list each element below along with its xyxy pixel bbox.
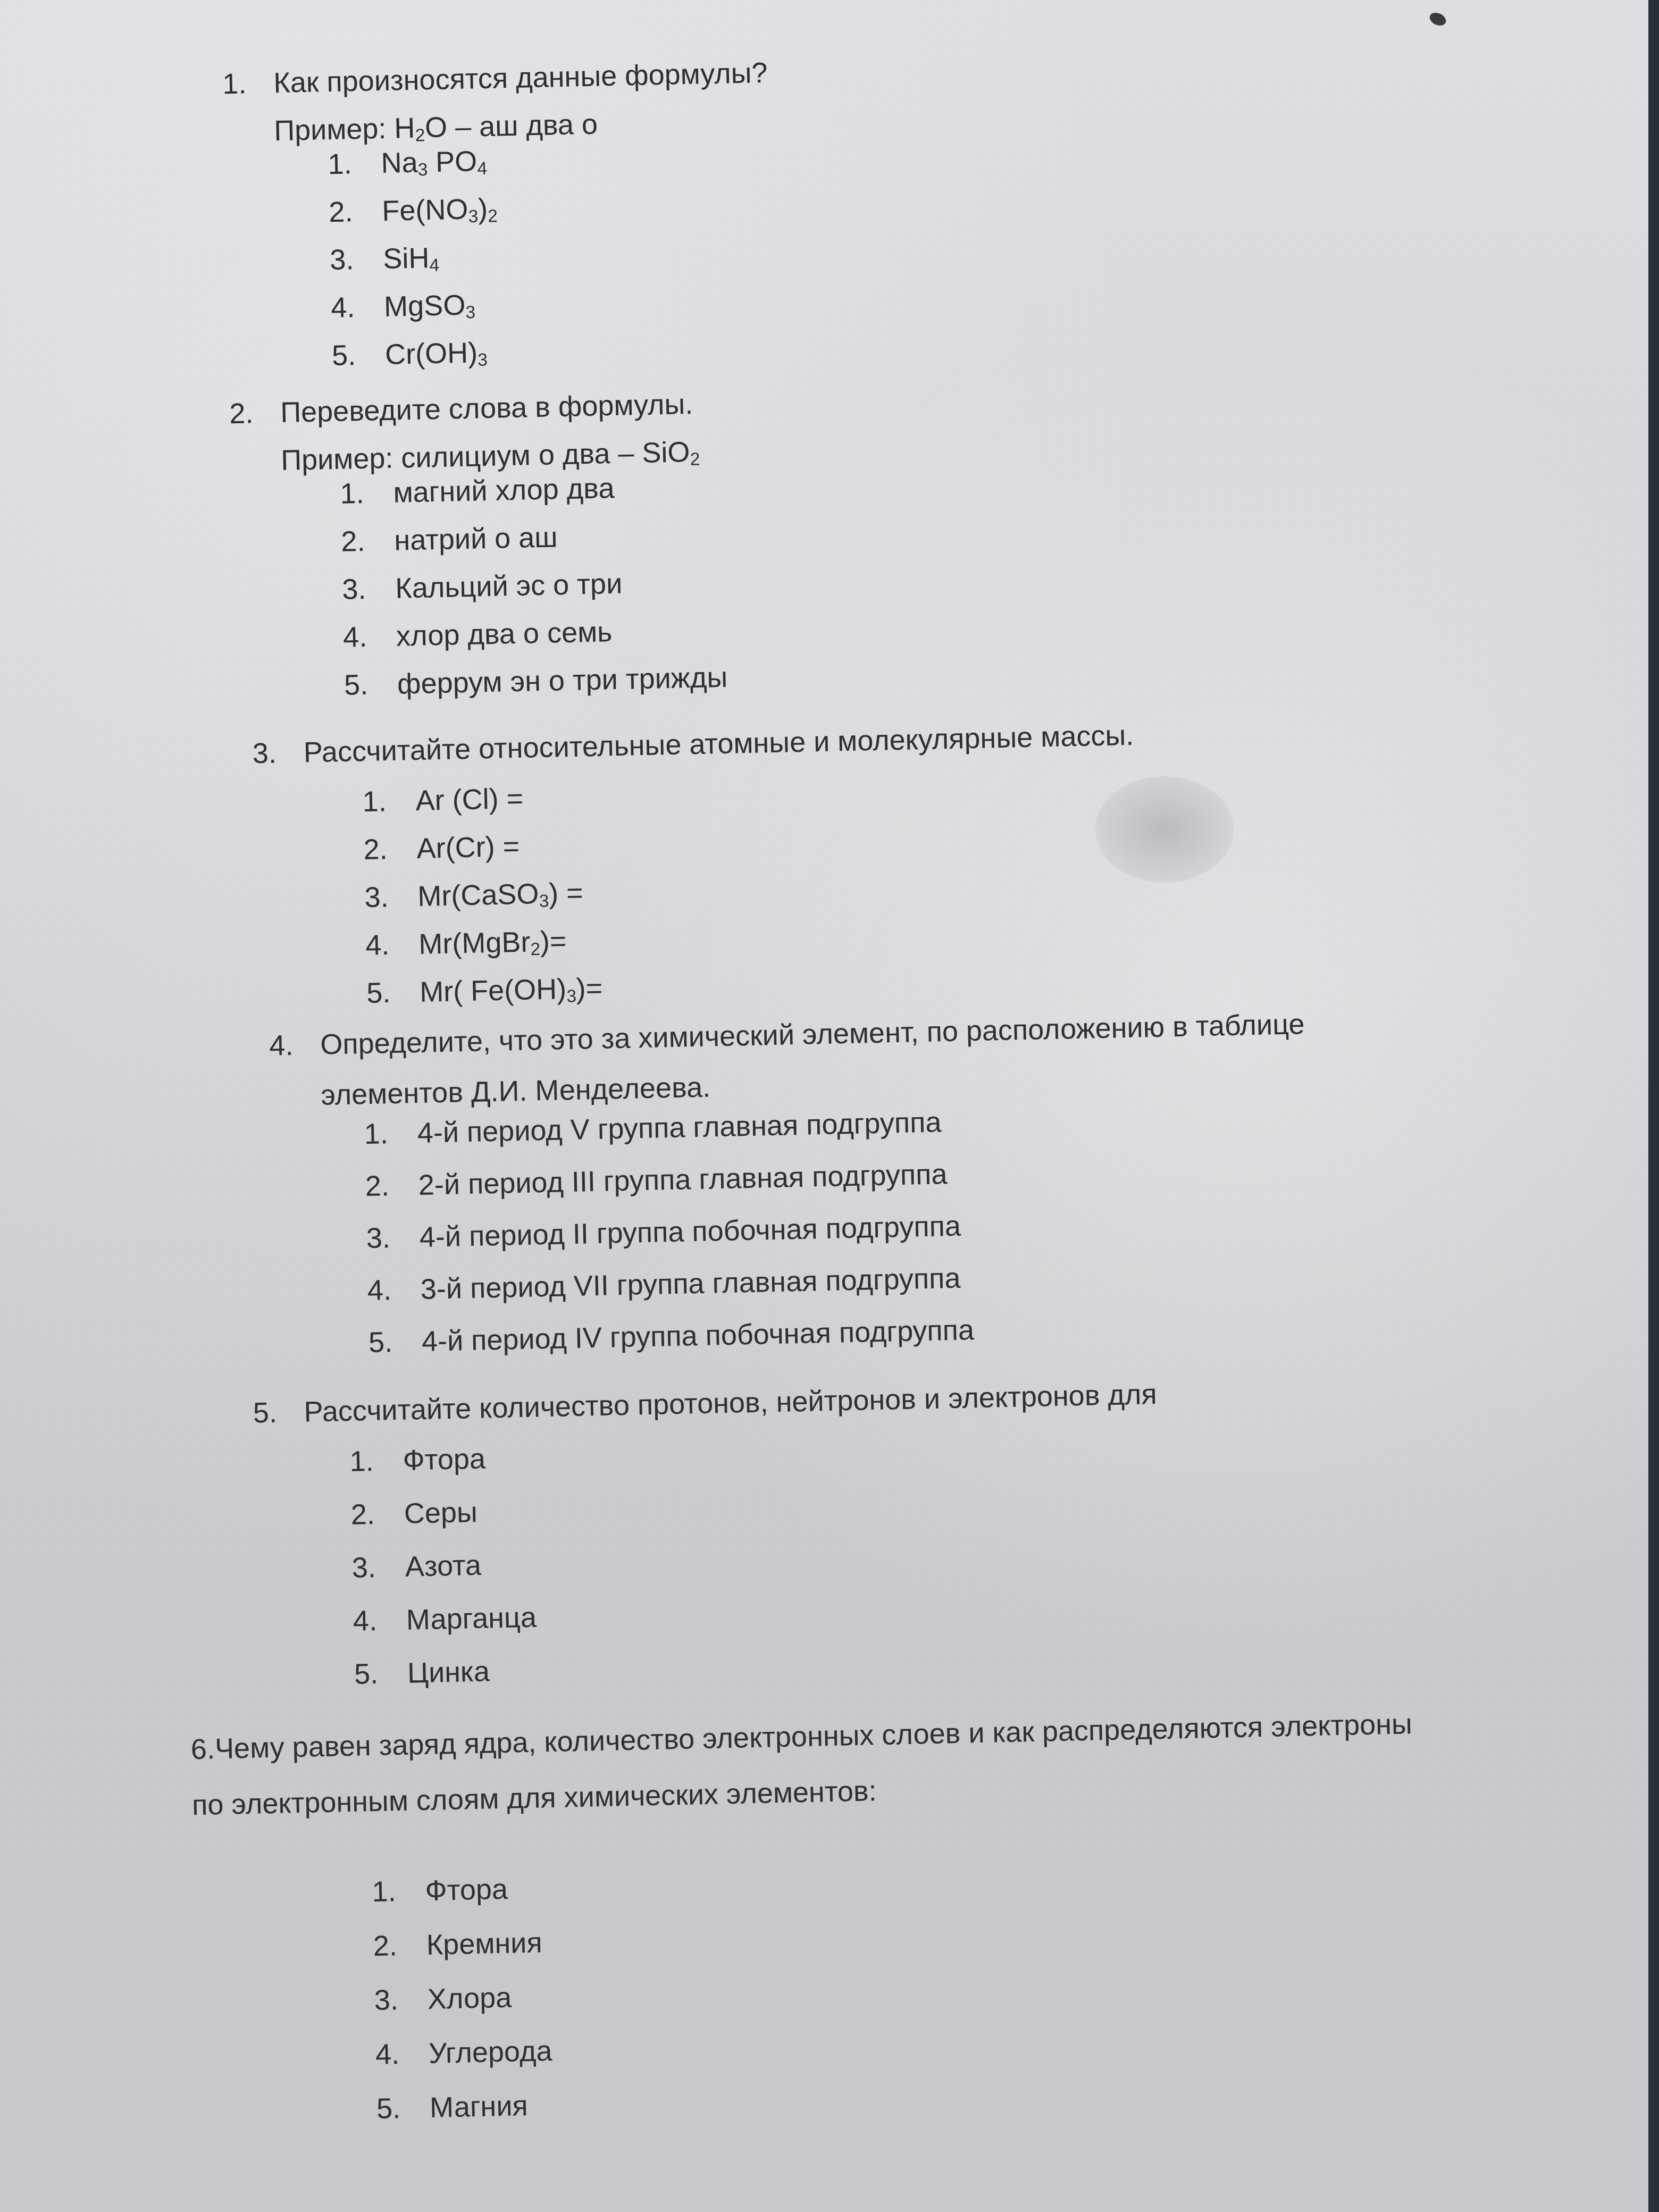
background-edge [1648,0,1659,2212]
item-number: 3. [366,1223,420,1253]
item-text: SiH4 [383,242,440,275]
item-text: Азота [405,1549,481,1583]
item-number: 5. [354,1659,408,1689]
item-text: Цинка [407,1655,490,1689]
list-item: 4.Углерода [375,2037,552,2069]
item-text: Марганца [406,1602,537,1636]
item-number: 5. [344,670,398,700]
item-number: 1. [364,1119,417,1149]
item-text: Кальций эс о три [395,568,623,605]
item-text: Ar (Cl) = [415,783,524,817]
list-item: 1.Фтора [372,1875,508,1906]
item-number: 2. [350,1499,404,1529]
question-number: 1. [222,69,274,98]
list-item: 1.Фтора [349,1444,485,1476]
question-1-example: Пример: H2O – аш два о [274,110,598,146]
item-number: 5. [366,978,420,1008]
item-text: Магния [430,2090,529,2124]
item-text: Фтора [403,1443,486,1476]
list-item: 3.Mr(CaSO3) = [364,878,583,912]
list-item: 4.MgSO3 [331,290,476,322]
item-text: Углерода [428,2035,552,2069]
list-item: 5.Cr(OH)3 [332,338,488,370]
paper-fold-shadow [1095,776,1234,883]
item-text: Mr(CaSO3) = [417,877,583,912]
list-item: 2.натрий о аш [341,523,558,556]
list-item: 5.феррум эн о три трижды [344,663,728,700]
item-number: 5. [368,1327,422,1357]
list-item: 1.Na3 PO4 [328,147,487,179]
item-number: 4. [343,622,397,652]
example-subscript: 2 [690,449,700,469]
list-item: 2.Ar(Cr) = [363,832,520,864]
item-number: 3. [364,882,418,912]
item-number: 4. [367,1275,421,1305]
list-item: 3.Хлора [374,1983,512,2015]
list-item: 4.Mr(MgBr2)= [365,927,567,960]
item-text: Fe(NO3)2 [382,192,498,227]
question-number: 3. [252,738,304,768]
item-number: 1. [340,479,393,508]
item-number: 2. [365,1171,418,1201]
item-number: 4. [331,292,384,322]
list-item: 2.Fe(NO3)2 [329,194,498,227]
list-item: 4.Марганца [353,1603,537,1636]
item-text: Na3 PO4 [381,145,488,179]
item-number: 3. [374,1985,428,2015]
example-text-suffix: O – аш два о [424,108,598,144]
item-text: Mr( Fe(OH)3)= [420,973,603,1008]
paper-sheet [0,0,1648,2212]
item-number: 5. [376,2093,430,2123]
item-text: Фтора [425,1873,508,1907]
list-item: 2.Серы [350,1498,477,1529]
list-item: 4.хлор два о семь [343,617,613,652]
list-item: 1.магний хлор два [340,474,615,508]
item-number: 2. [329,197,382,227]
item-number: 4. [353,1606,406,1636]
list-item: 2.Кремния [373,1928,542,1960]
list-item: 3.Азота [351,1551,481,1582]
list-item: 3.SiH4 [330,244,440,274]
item-text: Кремния [426,1926,542,1961]
item-text: магний хлор два [393,472,615,509]
item-number: 2. [363,834,417,864]
item-number: 3. [342,574,396,604]
list-item: 1.Ar (Cl) = [362,784,524,816]
example-text: Пример: H [274,112,415,147]
question-number: 2. [229,398,281,428]
item-text: Серы [404,1496,477,1530]
question-number: 5. [253,1398,304,1428]
item-text: Ar(Cr) = [416,831,520,865]
list-item: 5.Цинка [354,1657,490,1688]
item-text: натрий о аш [394,521,558,556]
item-number: 1. [362,786,416,816]
item-text: Cr(OH)3 [384,337,488,371]
item-number: 2. [373,1931,426,1960]
list-item: 5.Mr( Fe(OH)3)= [366,974,603,1008]
question-number: 4. [269,1030,321,1060]
item-text: MgSO3 [384,289,476,323]
item-number: 5. [332,340,386,370]
item-number: 4. [365,930,419,960]
item-number: 1. [349,1446,403,1476]
question-4-title-cont: элементов Д.И. Менделеева. [321,1073,711,1109]
item-number: 1. [328,149,381,179]
item-number: 3. [330,245,383,274]
item-number: 2. [341,526,395,556]
item-text: Mr(MgBr2)= [418,925,567,960]
list-item: 3.Кальций эс о три [342,569,623,604]
list-item: 5.Магния [376,2091,529,2123]
example-subscript: 2 [415,125,425,145]
item-text: хлор два о семь [396,616,613,652]
item-number: 3. [351,1553,405,1582]
item-text: Хлора [427,1982,512,2015]
item-number: 1. [372,1876,425,1906]
item-number: 4. [375,2039,429,2069]
